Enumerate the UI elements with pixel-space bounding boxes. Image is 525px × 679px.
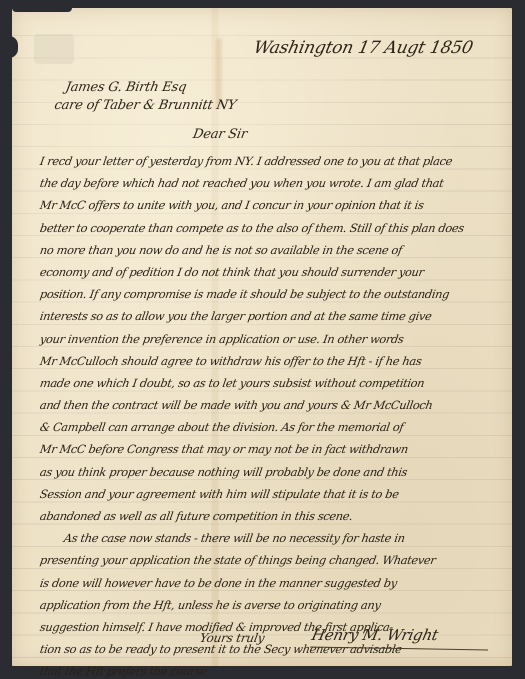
body-line: economy and of pedition I do not think t… [38,261,502,283]
body-line: no more than you now do and he is not so… [38,239,502,261]
body-line: position. If any compromise is made it s… [38,283,502,305]
body-line-paragraph-start: As the case now stands - there will be n… [38,527,502,549]
body-line: interests so as to allow you the larger … [38,305,502,327]
body-line: I recd your letter of yesterday from NY.… [38,150,502,172]
body-line: Mr McC before Congress that may or may n… [38,438,502,460]
body-line: abandoned as well as all future competit… [38,505,502,527]
body-line: made one which I doubt, so as to let you… [38,372,502,394]
body-line: presenting your application the state of… [38,549,502,571]
addressee-name: James G. Birth Esq [64,79,241,97]
scan-frame: Washington 17 Augt 1850 James G. Birth E… [0,0,525,679]
body-line: the day before which had not reached you… [38,172,502,194]
body-line: & Campbell can arrange about the divisio… [38,416,502,438]
addressee-care-of: care of Taber & Brunnitt NY [53,97,238,115]
body-line: as you think proper because nothing will… [38,461,502,483]
body-line: and then the contract will be made with … [38,394,502,416]
body-line: is done will however have to be done in … [38,572,502,594]
body-line: better to cooperate than compete as to t… [38,217,502,239]
body-line: application from the Hft, unless he is a… [38,594,502,616]
body-line: Mr McCulloch should agree to withdraw hi… [38,350,502,372]
faded-letterhead-emboss [34,34,74,64]
paper-tear-top [12,8,72,12]
letter-closing: Yours truly [199,631,266,645]
body-line: that the Hft prefers the course. [38,660,502,679]
letter-signature: Henry M. Wright [310,626,440,644]
letter-dateline: Washington 17 Augt 1850 [252,38,475,58]
letter-salutation: Dear Sir [192,127,249,142]
body-line: your invention the preference in applica… [38,328,502,350]
body-line: Mr McC offers to unite with you, and I c… [38,194,502,216]
letter-addressee: James G. Birth Esq care of Taber & Brunn… [61,79,241,115]
letter-body: I recd your letter of yesterday from NY.… [40,150,500,679]
body-line: Session and your agreement with him will… [38,483,502,505]
